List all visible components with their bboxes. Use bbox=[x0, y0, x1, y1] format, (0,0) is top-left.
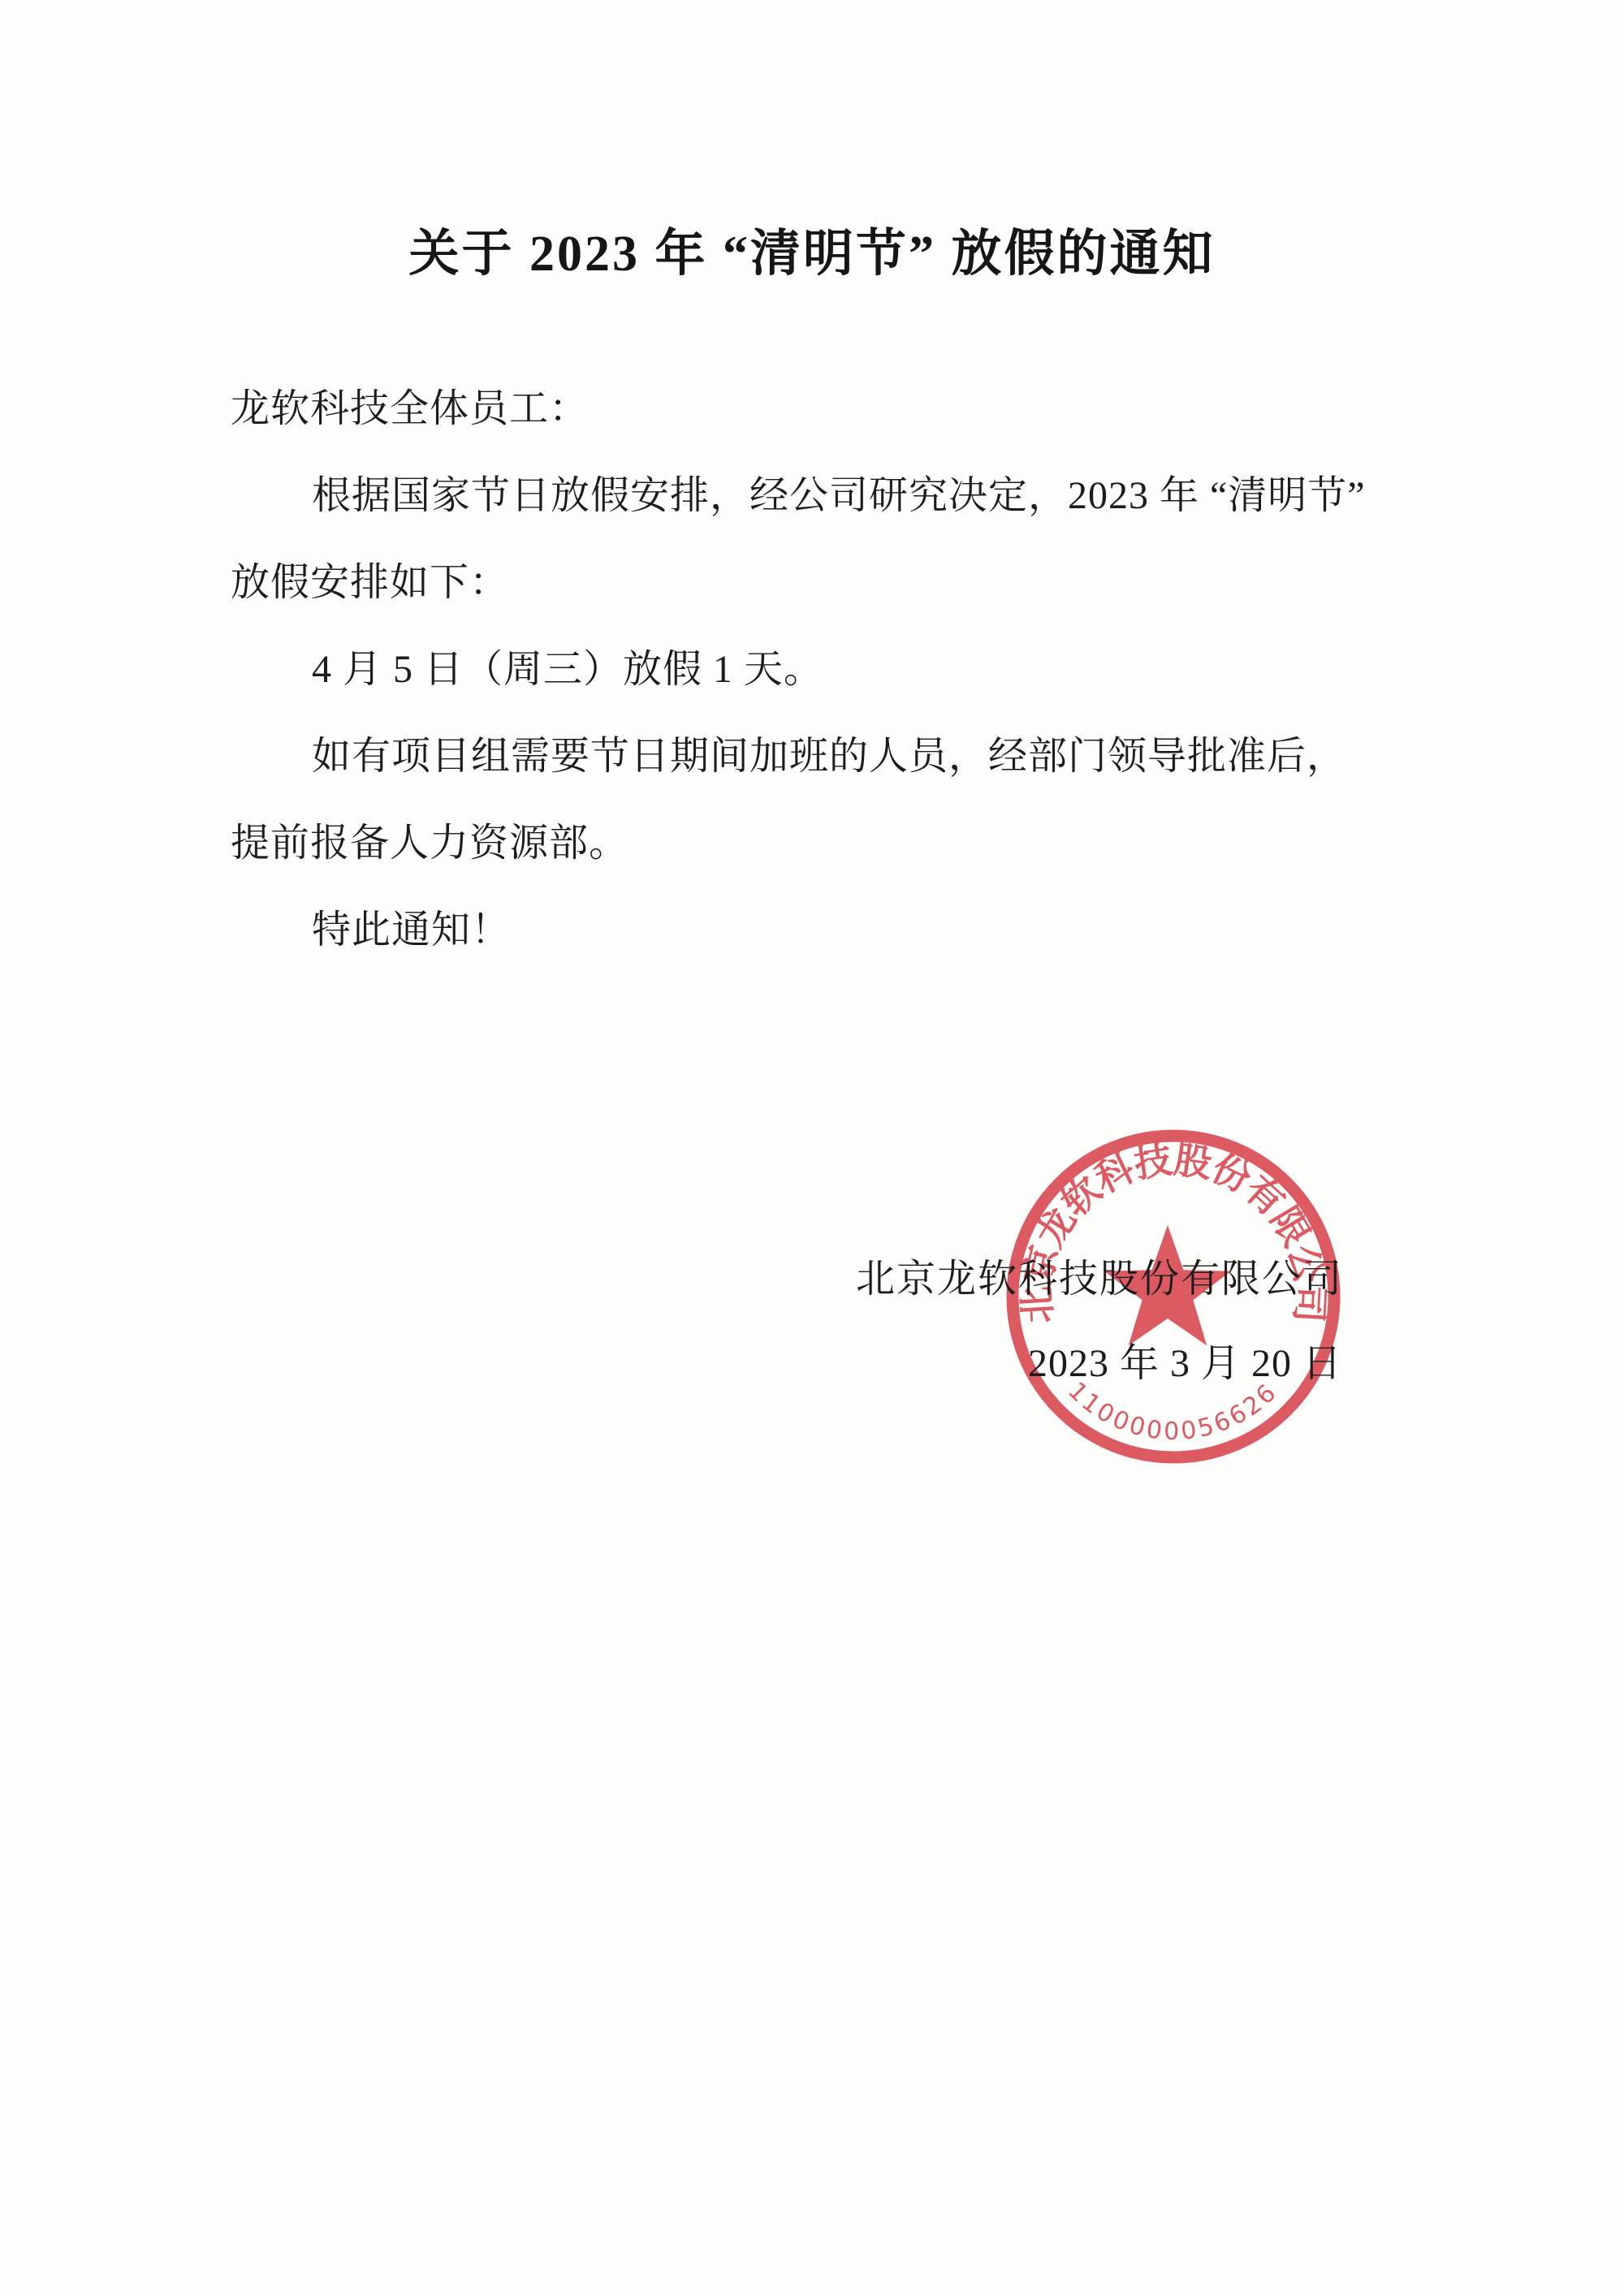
signature-date: 2023 年 3 月 20 日 bbox=[1028, 1331, 1342, 1388]
body-line-5: 提前报备人力资源部。 bbox=[231, 800, 1392, 887]
body-line-1: 根据国家节日放假安排，经公司研究决定，2023 年 “清明节” bbox=[231, 452, 1392, 539]
body-line-4: 如有项目组需要节日期间加班的人员，经部门领导批准后， bbox=[231, 713, 1392, 800]
document-page: 关于 2023 年 “清明节” 放假的通知 龙软科技全体员工： 根据国家节日放假… bbox=[0, 0, 1624, 2296]
notice-body: 龙软科技全体员工： 根据国家节日放假安排，经公司研究决定，2023 年 “清明节… bbox=[231, 365, 1392, 973]
signature-company: 北京龙软科技股份有限公司 bbox=[856, 1247, 1343, 1303]
body-line-2: 放假安排如下： bbox=[231, 539, 1392, 626]
body-line-6: 特此通知！ bbox=[231, 887, 1392, 973]
salutation-line: 龙软科技全体员工： bbox=[231, 365, 1392, 452]
body-line-3: 4 月 5 日（周三）放假 1 天。 bbox=[231, 626, 1392, 713]
notice-title: 关于 2023 年 “清明节” 放假的通知 bbox=[0, 213, 1624, 285]
